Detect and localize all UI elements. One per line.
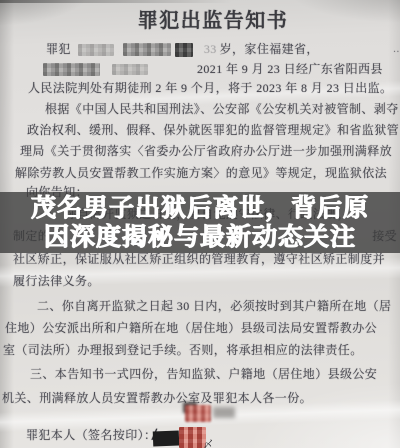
redaction-black (153, 431, 180, 447)
doc-line: 理局《关于贯彻落实〈省委办公厅省政府办公厅进一步加强刑满释放 (20, 144, 392, 159)
signature-line: 罪犯本人（签名按印）： / (26, 424, 157, 446)
headline-line-1: 茂名男子出狱后离世，背后原 (31, 194, 369, 223)
doc-line: 人民法院判处有期徒刑 2 年 9 个月，将于 2023 年 8 月 23 日出监… (28, 81, 392, 96)
doc-text: 2021 年 9 月 23 日经广东省阳西县 (197, 62, 383, 77)
faint-age-text: 33 (204, 42, 217, 57)
headline-line-2: 因深度揭秘与最新动态关注 (44, 223, 356, 252)
doc-text: 罪犯 (46, 42, 71, 57)
photo: 罪犯出监告知书 罪犯 33 岁，家住福建省， … 2021 年 9 月 23 日… (0, 0, 400, 448)
doc-line: 室（司法所）办理报到登记手续。否则，将承担相应的法律责任。 (3, 343, 363, 358)
doc-text: 岁，家住福建省， (220, 42, 319, 57)
doc-line: 三、本告知书一式四份，告知监狱、户籍地（居住地）县级公安 (30, 367, 377, 382)
signature-label: 罪犯本人（签名按印）： (26, 428, 156, 443)
redaction-mosaic (112, 64, 148, 75)
doc-line: 二、你自离开监狱之日起 30 日内，必须按时到其户籍所在地（居 (37, 299, 391, 314)
headline-overlay: 茂名男子出狱后离世，背后原 因深度揭秘与最新动态关注 (0, 192, 400, 253)
redaction-mosaic (123, 43, 171, 56)
doc-line: 住地）公安派出所和户籍所在地（居住地）县级司法局安置帮教办公 (5, 321, 377, 336)
doc-line: 政治权利、缓刑、假释、保外就医罪犯的监督管理规定》和省监狱管 (27, 123, 399, 138)
doc-line: 罪犯 33 岁，家住福建省， … (46, 42, 400, 57)
redaction-red (179, 427, 206, 448)
redaction-mosaic (43, 63, 100, 76)
photo-edge-shadow (0, 0, 232, 3)
gray-smudge (213, 407, 235, 418)
ink-scribble: 〆 (203, 436, 213, 448)
doc-line: 履行法律义务。 (13, 274, 100, 289)
doc-line: 2021 年 9 月 23 日经广东省阳西县 (43, 62, 383, 77)
redaction-red-smudge (185, 405, 211, 422)
redaction-mosaic (78, 44, 114, 56)
doc-line: 机关、刑满释放人员安置帮教办公室及罪犯本人各一份。 (2, 391, 312, 406)
doc-title: 罪犯出监告知书 (0, 4, 400, 33)
doc-line: 根据《中国人民共和国刑法》、公安部《公安机关对被管制、剥夺 (45, 102, 399, 117)
doc-line: 社区矫正，保证服从社区矫正组织的管理教育，遵守社区矫正制度并 (13, 252, 385, 267)
doc-line: 解除劳教人员安置帮教工作实施方案〉的意见》等规定，现监狱依法 (15, 166, 387, 181)
redaction-mosaic (175, 43, 193, 57)
ellipsis-mark: … (393, 42, 400, 57)
